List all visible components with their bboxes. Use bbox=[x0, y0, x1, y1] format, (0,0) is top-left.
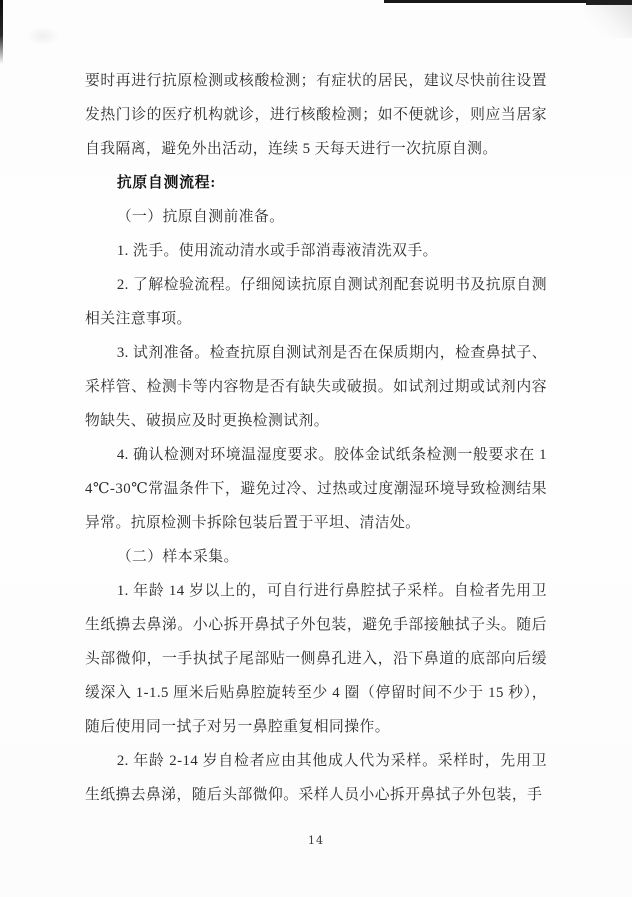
page-number: 14 bbox=[0, 834, 632, 847]
sampling-adults: 1. 年龄 14 岁以上的，可自行进行鼻腔拭子采样。自检者先用卫生纸擤去鼻涕。小… bbox=[85, 574, 547, 744]
section-2-title: （二）样本采集。 bbox=[85, 540, 547, 574]
step-1-wash-hands: 1. 洗手。使用流动清水或手部消毒液清洗双手。 bbox=[85, 234, 547, 268]
document-body: 要时再进行抗原检测或核酸检测；有症状的居民，建议尽快前往设置发热门诊的医疗机构就… bbox=[85, 64, 547, 812]
heading-antigen-self-test-process: 抗原自测流程: bbox=[85, 166, 547, 200]
sampling-children: 2. 年龄 2-14 岁自检者应由其他成人代为采样。采样时，先用卫生纸擤去鼻涕，… bbox=[85, 744, 547, 812]
step-4-environment-requirements: 4. 确认检测对环境温湿度要求。胶体金试纸条检测一般要求在 14℃-30℃常温条… bbox=[85, 438, 547, 540]
scan-artifact-smudge bbox=[26, 26, 60, 46]
document-page: 要时再进行抗原检测或核酸检测；有症状的居民，建议尽快前往设置发热门诊的医疗机构就… bbox=[0, 0, 632, 897]
step-2-understand-process: 2. 了解检验流程。仔细阅读抗原自测试剂配套说明书及抗原自测相关注意事项。 bbox=[85, 268, 547, 336]
continuation-paragraph: 要时再进行抗原检测或核酸检测；有症状的居民，建议尽快前往设置发热门诊的医疗机构就… bbox=[85, 64, 547, 166]
step-3-reagent-preparation: 3. 试剂准备。检查抗原自测试剂是否在保质期内，检查鼻拭子、采样管、检测卡等内容… bbox=[85, 336, 547, 438]
scan-artifact-corner-shadow bbox=[584, 4, 632, 38]
scan-artifact-left-edge bbox=[0, 0, 3, 64]
section-1-title: （一）抗原自测前准备。 bbox=[85, 200, 547, 234]
